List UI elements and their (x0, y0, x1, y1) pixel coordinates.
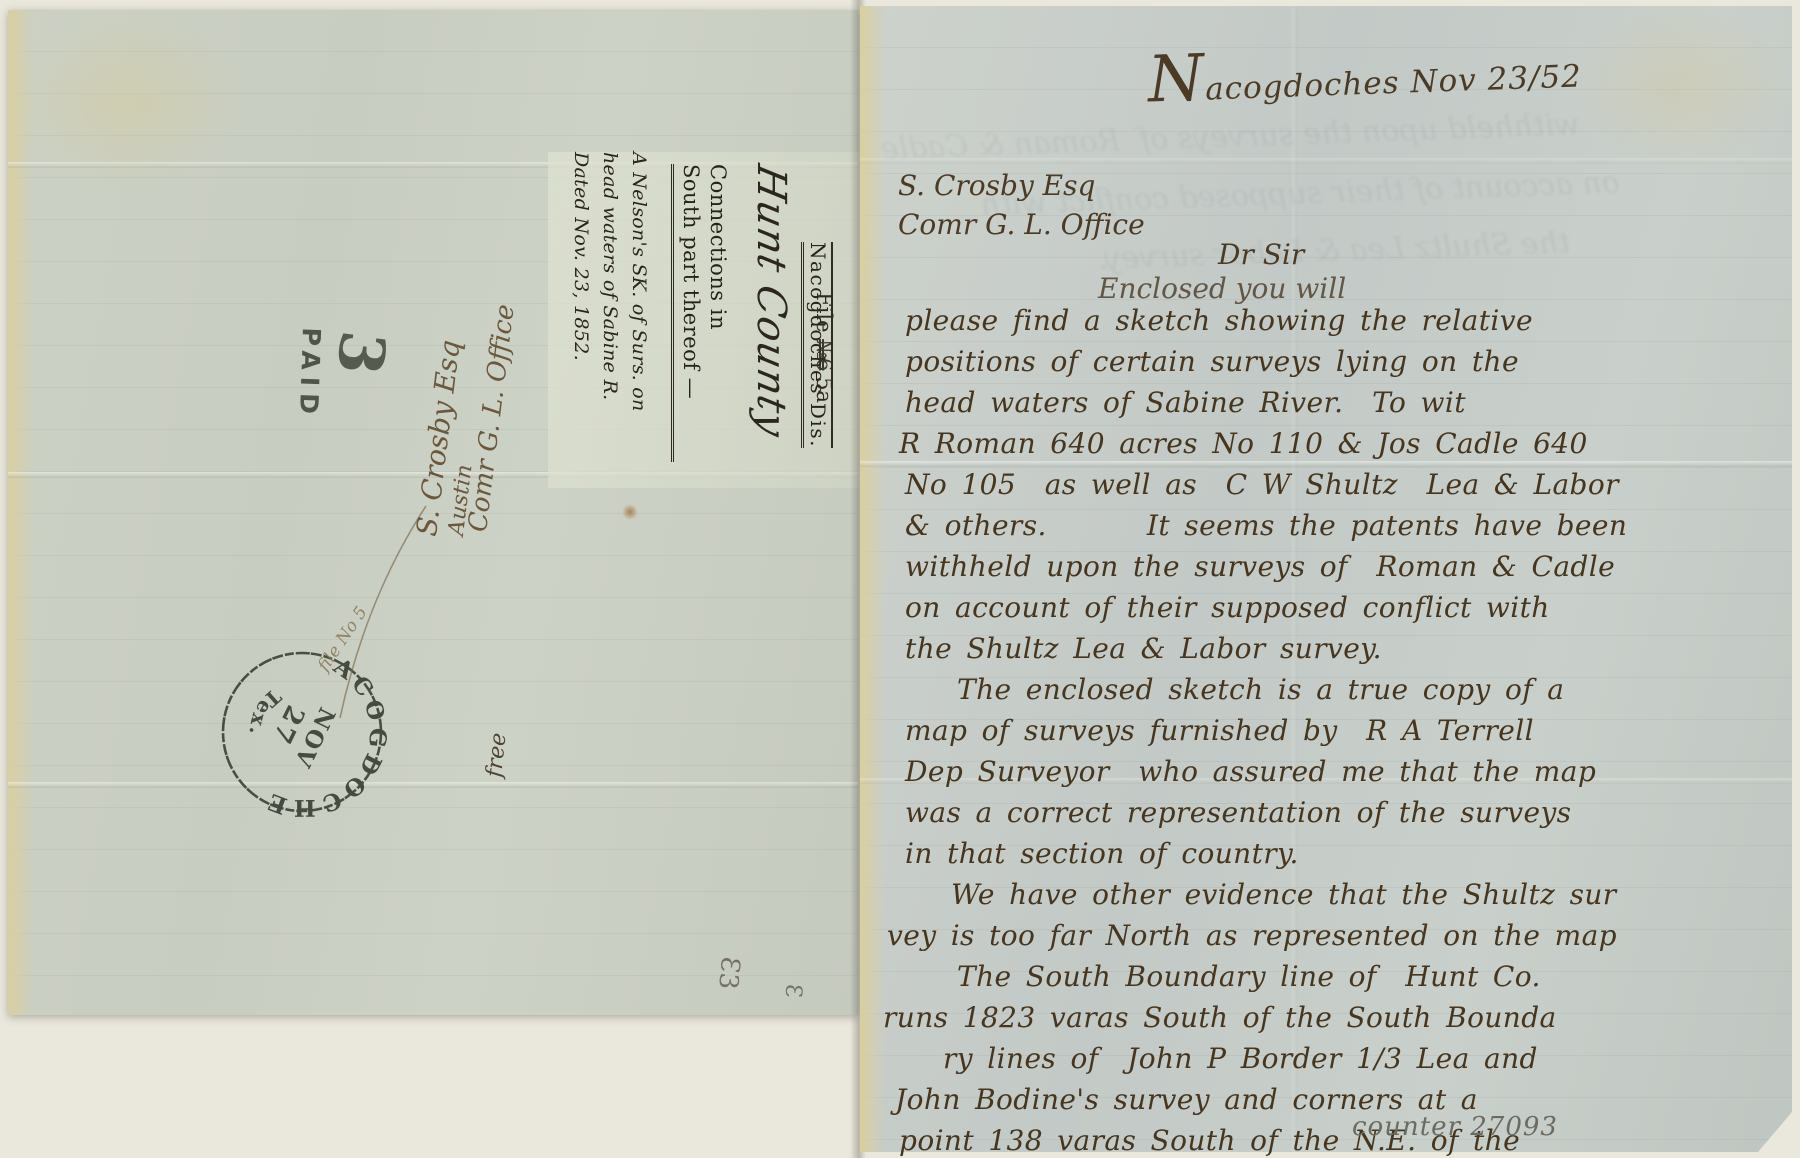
letter-body-line: runs 1823 varas South of the South Bound… (883, 997, 1585, 1038)
archivist-pencil-mark: Ɛ (780, 984, 805, 998)
letter-body-line: vey is too far North as represented on t… (887, 915, 1585, 956)
letter-body-line: map of surveys furnished by R A Terrell (905, 710, 1585, 751)
address-leaf: A Nelson's SK. of Surs. onhead waters of… (8, 10, 858, 1015)
pencil-flourish (308, 488, 468, 728)
letter-body-line: Dep Surveyor who assured me that the map (905, 751, 1585, 792)
docket-line: Connections in (704, 164, 731, 462)
letter-body-line: We have other evidence that the Shultz s… (905, 874, 1585, 915)
letter-body-line: The enclosed sketch is a true copy of a (905, 669, 1585, 710)
letter-body-line: The South Boundary line of Hunt Co. (905, 956, 1585, 997)
recipient-line: Comr G. L. Office (898, 205, 1145, 244)
letter-body-line: on account of their supposed conflict wi… (905, 587, 1585, 628)
letter-body-line: in that section of country. (905, 833, 1585, 874)
archive-counter-number: counter 27093 (1352, 1112, 1558, 1142)
docket-line: A Nelson's SK. of Surs. on (624, 152, 653, 472)
docket-subject: Connections inSouth part thereof — (671, 164, 731, 462)
letter-body-line: No 105 as well as C W Shultz Lea & Labor (905, 464, 1585, 505)
docket-line: head waters of Sabine R. (595, 152, 624, 472)
page-edge (8, 10, 34, 1015)
letter-body-line: & others. It seems the patents have been (905, 505, 1585, 546)
recipient-line: S. Crosby Esq (898, 166, 1145, 205)
letter-body-line: was a correct representation of the surv… (905, 792, 1585, 833)
file-struck-number: №6 (812, 339, 836, 370)
paper-stain (1572, 6, 1792, 166)
docket-line: South part thereof — (677, 164, 704, 462)
file-label: File (812, 292, 836, 339)
rate-stamp-3: 3 (322, 327, 400, 379)
letter-recipient: S. Crosby EsqComr G. L. Office (898, 166, 1145, 244)
archivist-pencil-mark: Ɛ3 (712, 955, 745, 990)
document-scan: A Nelson's SK. of Surs. onhead waters of… (0, 0, 1800, 1158)
letter-body-line: positions of certain surveys lying on th… (905, 341, 1585, 382)
free-frank-note: free (482, 732, 512, 779)
letter-body-line: please find a sketch showing the relativ… (905, 300, 1585, 341)
letter-body-line: withheld upon the surveys of Roman & Cad… (905, 546, 1585, 587)
docket-line: Dated Nov. 23, 1852. (566, 152, 595, 472)
page-edge (860, 6, 886, 1152)
letter-salutation: Dr Sir (1218, 238, 1304, 271)
letter-body: please find a sketch showing the relativ… (905, 300, 1585, 1158)
file-number: 5a (812, 370, 836, 403)
fold-crease (8, 782, 858, 788)
ink-spot (622, 504, 638, 520)
letter-body-line: ry lines of John P Border 1/3 Lea and (905, 1038, 1585, 1079)
docket-contents: A Nelson's SK. of Surs. onhead waters of… (566, 152, 653, 472)
letter-body-line: head waters of Sabine River. To wit (905, 382, 1585, 423)
letter-body-line: the Shultz Lea & Labor survey. (905, 628, 1585, 669)
paid-stamp: PAID (294, 327, 326, 421)
letter-body-line: R Roman 640 acres No 110 & Jos Cadle 640 (899, 423, 1585, 464)
